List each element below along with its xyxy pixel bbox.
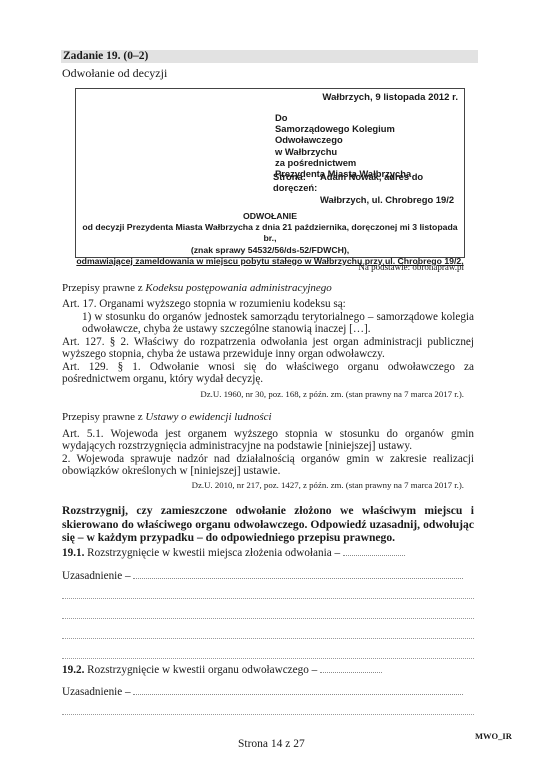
task-instruction: Rozstrzygnij, czy zamieszczone odwołanie… [62,504,474,545]
kpa-art17-point1: 1) w stosunku do organów jednostek samor… [82,311,474,336]
kpa-art127: Art. 127. § 2. Właściwy do rozpatrzenia … [62,336,474,361]
act-name: Ustawy o ewidencji ludności [145,411,271,423]
q1-text: Rozstrzygnięcie w kwestii miejsca złożen… [84,547,342,559]
party-label: Strona: [273,171,320,182]
q2-text: Rozstrzygnięcie w kwestii organu odwoław… [84,664,320,676]
letter-body-line: od decyzji Prezydenta Miasta Wałbrzycha … [76,222,464,244]
q1-answer-line[interactable] [62,597,474,599]
kpa-section-heading: Przepisy prawne z Kodeksu postępowania a… [62,282,332,294]
uel-art5-1: Art. 5.1. Wojewoda jest organem wyższego… [62,428,474,453]
q2-answer-line[interactable] [62,713,474,715]
uel-section-heading: Przepisy prawne z Ustawy o ewidencji lud… [62,411,272,423]
q1-answer-line[interactable] [62,657,474,659]
q2-justification: Uzasadnienie – [62,686,474,698]
q1-justification: Uzasadnienie – [62,570,474,582]
act-name: Kodeksu postępowania administracyjnego [145,282,331,294]
q2-number: 19.2. [62,664,84,676]
q1-justification-field[interactable] [133,577,463,579]
appeal-letter-box: Wałbrzych, 9 listopada 2012 r. Do Samorz… [75,88,465,258]
section-intro: Przepisy prawne z [62,282,145,294]
address-line: za pośrednictwem [275,157,464,168]
letter-heading-block: ODWOŁANIE od decyzji Prezydenta Miasta W… [76,211,464,267]
q2-justification-field[interactable] [133,693,463,695]
uel-art5-2: 2. Wojewoda sprawuje nadzór nad działaln… [62,453,474,478]
letter-body-line: (znak sprawy 54532/56/ds-52/FDWCH), [76,245,464,256]
letter-heading: ODWOŁANIE [76,211,464,222]
task-title: Zadanie 19. (0–2) [61,50,478,63]
address-line: w Wałbrzychu [275,146,464,157]
q1-decision-answer-field[interactable] [343,554,405,556]
address-line: Samorządowego Kolegium Odwoławczego [275,123,464,145]
q1-decision: 19.1. Rozstrzygnięcie w kwestii miejsca … [62,547,474,559]
kpa-citation: Dz.U. 1960, nr 30, poz. 168, z późn. zm.… [200,389,464,399]
uel-citation: Dz.U. 2010, nr 217, poz. 1427, z późn. z… [192,480,464,490]
page-number: Strona 14 z 27 [238,738,305,750]
q1-number: 19.1. [62,547,84,559]
party-address: Wałbrzych, ul. Chrobrego 19/2 [273,194,464,205]
letter-party: Strona:Adam Nowak, adres do doręczeń: Wa… [273,171,464,205]
section-intro: Przepisy prawne z [62,411,145,423]
q1-answer-line[interactable] [62,617,474,619]
q2-justification-label: Uzasadnienie – [62,686,133,698]
q1-answer-line[interactable] [62,637,474,639]
kpa-art129: Art. 129. § 1. Odwołanie wnosi się do wł… [62,361,474,386]
q1-justification-label: Uzasadnienie – [62,570,133,582]
task-subtitle: Odwołanie od decyzji [62,66,167,81]
q2-decision: 19.2. Rozstrzygnięcie w kwestii organu o… [62,664,474,676]
q2-decision-answer-field[interactable] [320,671,382,673]
letter-address: Do Samorządowego Kolegium Odwoławczego w… [275,112,464,179]
kpa-art17: Art. 17. Organami wyższego stopnia w roz… [62,298,474,310]
exam-code: MWO_IR [475,731,512,741]
letter-date: Wałbrzych, 9 listopada 2012 r. [322,92,458,103]
address-line: Do [275,112,464,123]
source-note: Na podstawie: obronapraw.pl [358,262,464,272]
